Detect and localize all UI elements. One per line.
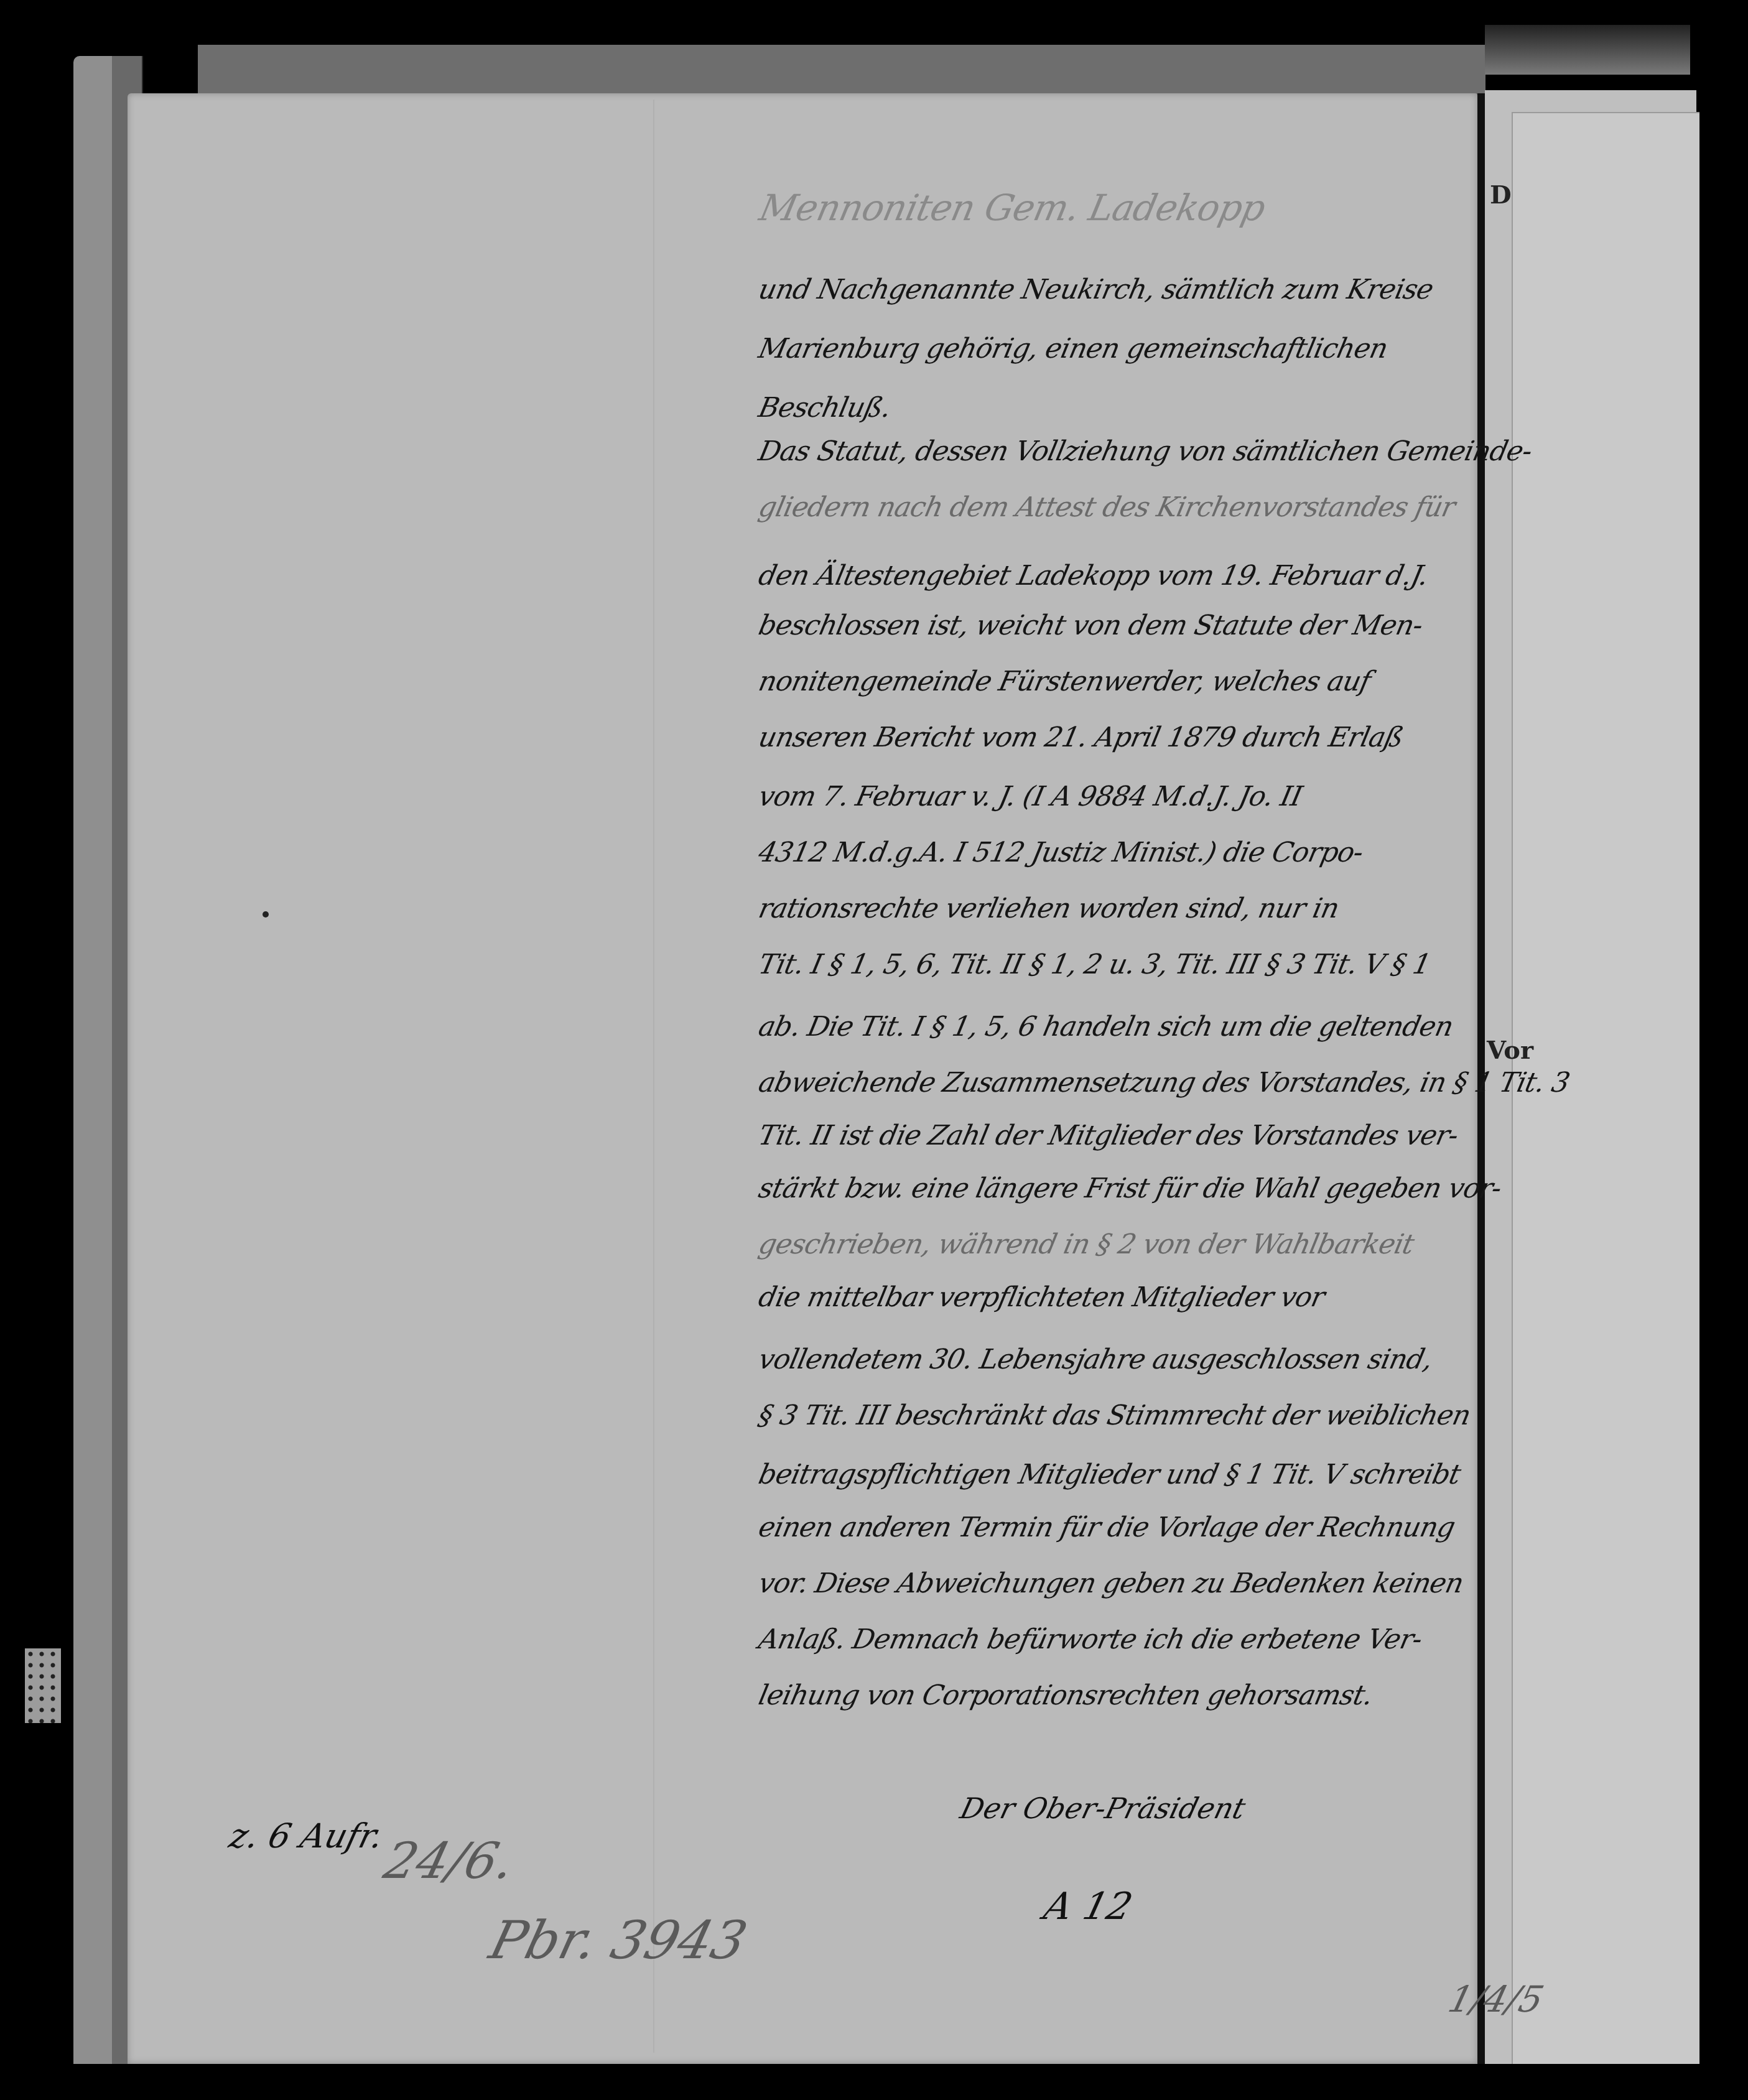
text-line: ab. Die Tit. I § 1, 5, 6 handeln sich um… bbox=[756, 1011, 1466, 1043]
dotted-tab bbox=[25, 1648, 61, 1723]
signature-initial: A 12 bbox=[1039, 1885, 1137, 1928]
text-line: Beschluß. bbox=[756, 392, 1466, 424]
adjacent-page-fragment-2: Vor bbox=[1487, 1036, 1533, 1065]
ink-speck bbox=[263, 911, 269, 918]
margin-note-reference: Pbr. 3943 bbox=[484, 1910, 753, 1971]
text-line: vollendetem 30. Lebensjahre ausgeschloss… bbox=[756, 1344, 1466, 1375]
text-line: 4312 M.d.g.A. I 512 Justiz Minist.) die … bbox=[756, 837, 1466, 868]
text-line: vom 7. Februar v. J. (I A 9884 M.d.J. Jo… bbox=[756, 781, 1466, 812]
text-line: nonitengemeinde Fürstenwerder, welches a… bbox=[756, 666, 1466, 697]
text-line: beschlossen ist, weicht von dem Statute … bbox=[756, 610, 1466, 641]
adjacent-page-top-shadow bbox=[1485, 25, 1690, 75]
text-line: den Ältestengebiet Ladekopp vom 19. Febr… bbox=[756, 560, 1466, 592]
text-line: Das Statut, dessen Vollziehung von sämtl… bbox=[756, 435, 1466, 467]
page-crease bbox=[653, 100, 654, 2053]
text-line: unseren Bericht vom 21. April 1879 durch… bbox=[756, 722, 1466, 753]
text-line: Tit. I § 1, 5, 6, Tit. II § 1, 2 u. 3, T… bbox=[756, 949, 1466, 980]
pencil-heading: Mennoniten Gem. Ladekopp bbox=[756, 187, 1467, 229]
margin-note-date: 24/6. bbox=[378, 1832, 520, 1890]
adjacent-page-fragment-1: D bbox=[1490, 180, 1512, 210]
folio-number: 1/4/5 bbox=[1444, 1978, 1548, 2020]
text-line: vor. Diese Abweichungen geben zu Bedenke… bbox=[756, 1568, 1466, 1599]
text-line: Tit. II ist die Zahl der Mitglieder des … bbox=[756, 1120, 1466, 1151]
closing-title: Der Ober-Präsident bbox=[957, 1791, 1249, 1825]
text-line: und Nachgenannte Neukirch, sämtlich zum … bbox=[756, 274, 1466, 305]
margin-note-ink: z. 6 Aufr. bbox=[225, 1816, 388, 1856]
text-line: die mittelbar verpflichteten Mitglieder … bbox=[756, 1281, 1466, 1313]
text-line: beitragspflichtigen Mitglieder und § 1 T… bbox=[756, 1459, 1466, 1490]
text-line: abweichende Zusammensetzung des Vorstand… bbox=[756, 1067, 1466, 1099]
text-line: rationsrechte verliehen worden sind, nur… bbox=[756, 893, 1466, 924]
scan-background bbox=[0, 2064, 1748, 2100]
text-line: gliedern nach dem Attest des Kirchenvors… bbox=[756, 491, 1466, 523]
text-line: geschrieben, während in § 2 von der Wahl… bbox=[756, 1229, 1466, 1260]
folder-top-edge bbox=[198, 45, 1485, 98]
text-line: einen anderen Termin für die Vorlage der… bbox=[756, 1512, 1466, 1543]
text-line: Marienburg gehörig, einen gemeinschaftli… bbox=[756, 333, 1466, 365]
text-line: leihung von Corporationsrechten gehorsam… bbox=[756, 1680, 1466, 1711]
text-line: Anlaß. Demnach befürworte ich die erbete… bbox=[756, 1624, 1466, 1655]
text-line: § 3 Tit. III beschränkt das Stimmrecht d… bbox=[756, 1400, 1466, 1431]
text-line: stärkt bzw. eine längere Frist für die W… bbox=[756, 1173, 1466, 1204]
